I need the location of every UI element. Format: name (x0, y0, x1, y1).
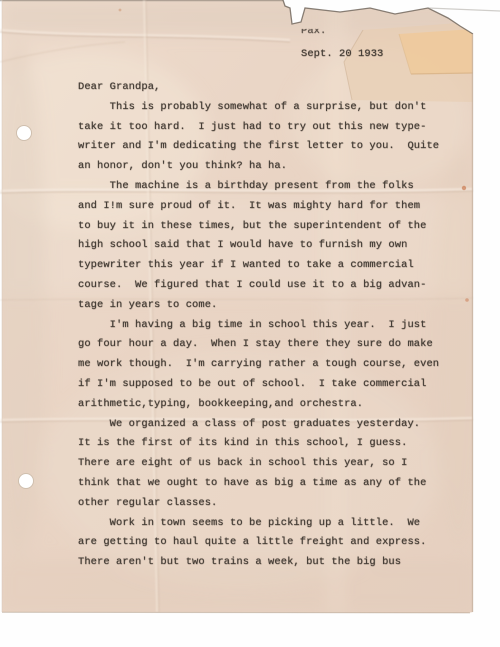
letter-line: high school said that I would have to fu… (2, 236, 472, 256)
letter-line: tage in years to come. (2, 296, 472, 316)
letter-line: It is the first of its kind in this scho… (2, 434, 472, 454)
letter-body: Dear Grandpa, This is probably somewhat … (2, 78, 472, 573)
scanned-letter-page: Pax. Sept. 20 1933 Dear Grandpa, This is… (0, 0, 500, 647)
letter-line: are getting to haul quite a little freig… (2, 533, 472, 553)
letter-line: We organized a class of post graduates y… (2, 415, 472, 435)
letter-line: arithmetic,typing, bookkeeping,and orche… (2, 395, 472, 415)
letter-line: course. We figured that I could use it t… (2, 276, 472, 296)
torn-text-fragment: Pax. (301, 25, 326, 37)
letter-line: There aren't but two trains a week, but … (2, 553, 472, 573)
letter-line: to buy it in these times, but the superi… (2, 217, 472, 237)
letter-line: think that we ought to have as big a tim… (2, 474, 472, 494)
letter-line: an honor, don't you think? ha ha. (2, 157, 472, 177)
letter-date: Sept. 20 1933 (301, 48, 383, 60)
letter-line: and I!m sure proud of it. It was mighty … (2, 197, 472, 217)
letter-line: other regular classes. (2, 494, 472, 514)
letter-line: if I'm supposed to be out of school. I t… (2, 375, 472, 395)
typewritten-text-layer: Pax. Sept. 20 1933 Dear Grandpa, This is… (0, 0, 500, 647)
letter-line: writer and I'm dedicating the first lett… (2, 137, 472, 157)
letter-line: This is probably somewhat of a surprise,… (2, 98, 472, 118)
letter-salutation: Dear Grandpa, (2, 78, 472, 98)
letter-line: There are eight of us back in school thi… (2, 454, 472, 474)
letter-line: Work in town seems to be picking up a li… (2, 514, 472, 534)
letter-line: The machine is a birthday present from t… (2, 177, 472, 197)
letter-line: I'm having a big time in school this yea… (2, 316, 472, 336)
letter-line: take it too hard. I just had to try out … (2, 118, 472, 138)
letter-line: go four hour a day. When I stay there th… (2, 335, 472, 355)
letter-line: typewriter this year if I wanted to take… (2, 256, 472, 276)
letter-line: me work though. I'm carrying rather a to… (2, 355, 472, 375)
